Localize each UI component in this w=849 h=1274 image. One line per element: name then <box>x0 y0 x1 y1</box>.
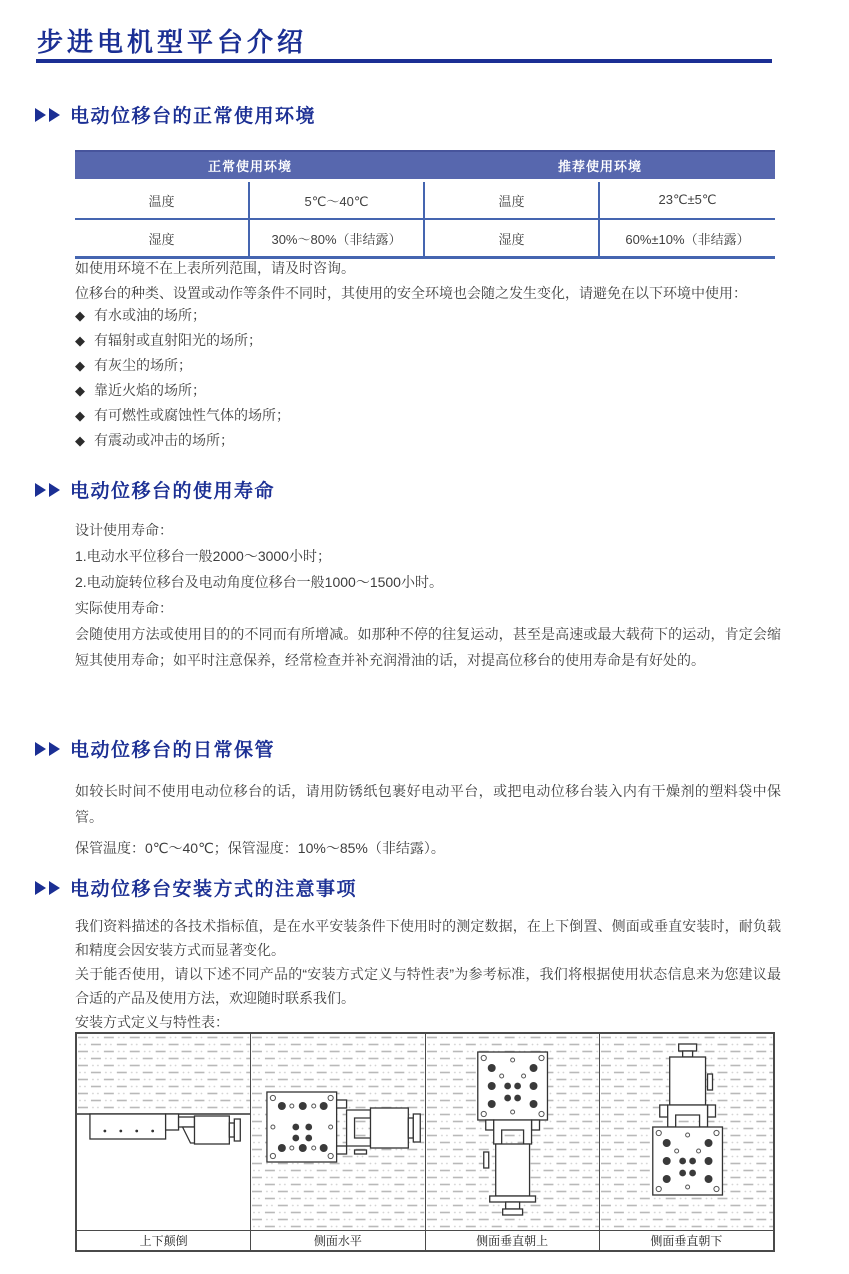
mounting-table: 上下颠倒 侧面水平 侧面垂直朝上 侧面垂直朝下 <box>75 1032 775 1252</box>
arrow-right-icon <box>35 881 46 895</box>
mount-label-upside-down: 上下颠倒 <box>77 1231 251 1250</box>
mount-diagram-upside-down <box>77 1034 251 1230</box>
avoid-environment-list: ◆ 有水或油的场所； ◆ 有辐射或直射阳光的场所； ◆ 有灰尘的场所； ◆ 靠近… <box>75 303 781 453</box>
diamond-bullet-icon: ◆ <box>75 428 85 453</box>
mount-label-side-horizontal: 侧面水平 <box>251 1231 425 1250</box>
diamond-bullet-icon: ◆ <box>75 353 85 378</box>
mount-diagram-vertical-up <box>426 1034 600 1230</box>
text-line: 设计使用寿命： <box>75 517 781 543</box>
list-item-text: 靠近火焰的场所； <box>94 378 206 403</box>
cell-temp-label: 温度 <box>425 182 600 220</box>
mount-diagram-side-horizontal <box>251 1034 425 1230</box>
cell-humidity-label: 湿度 <box>425 220 600 259</box>
cell-temp-recommended: 23℃±5℃ <box>600 182 775 220</box>
arrow-right-icon <box>35 742 46 756</box>
note-line: 如使用环境不在上表所列范围，请及时咨询。 <box>75 256 781 281</box>
arrow-right-icon <box>49 483 60 497</box>
list-item: ◆ 有可燃性或腐蚀性气体的场所； <box>75 403 781 428</box>
environment-table: 正常使用环境 推荐使用环境 温度 5℃～40℃ 温度 23℃±5℃ 湿度 30%… <box>75 150 775 259</box>
upside-down-stage-drawing <box>77 1034 250 1230</box>
diamond-bullet-icon: ◆ <box>75 378 85 403</box>
lifespan-text: 设计使用寿命： 1.电动水平位移台一般2000～3000小时； 2.电动旋转位移… <box>75 517 781 673</box>
arrow-right-icon <box>49 881 60 895</box>
arrow-right-icon <box>49 742 60 756</box>
section-heading-mounting: 电动位移台安装方式的注意事项 <box>35 874 357 901</box>
list-item-text: 有辐射或直射阳光的场所； <box>94 328 262 353</box>
list-item: ◆ 靠近火焰的场所； <box>75 378 781 403</box>
text-line: 2.电动旋转位移台及电动角度位移台一般1000～1500小时。 <box>75 569 781 595</box>
cell-humidity-label: 湿度 <box>75 220 250 259</box>
text-paragraph: 会随使用方法或使用目的的不同而有所增减。如那种不停的往复运动，甚至是高速或最大载… <box>75 621 781 673</box>
list-item: ◆ 有震动或冲击的场所； <box>75 428 781 453</box>
list-item-text: 有可燃性或腐蚀性气体的场所； <box>94 403 290 428</box>
cell-humidity-recommended: 60%±10%（非结露） <box>600 220 775 259</box>
list-item-text: 有灰尘的场所； <box>94 353 192 378</box>
arrow-right-icon <box>35 108 46 122</box>
header-normal-env: 正常使用环境 <box>75 150 425 182</box>
mount-label-vertical-up: 侧面垂直朝上 <box>426 1231 600 1250</box>
side-vertical-down-stage-drawing <box>600 1034 773 1230</box>
side-horizontal-stage-drawing <box>251 1034 424 1230</box>
mount-diagram-vertical-down <box>600 1034 773 1230</box>
storage-text: 如较长时间不使用电动位移台的话，请用防锈纸包裹好电动平台，或把电动位移台装入内有… <box>75 778 781 861</box>
mounting-text: 我们资料描述的各技术指标值，是在水平安装条件下使用时的测定数据，在上下倒置、侧面… <box>75 914 781 1034</box>
text-paragraph: 关于能否使用，请以下述不同产品的“安装方式定义与特性表”为参考标准，我们将根据使… <box>75 962 781 1010</box>
mount-table-caption: 安装方式定义与特性表： <box>75 1010 781 1034</box>
text-line: 实际使用寿命： <box>75 595 781 621</box>
arrow-right-icon <box>49 108 60 122</box>
list-item: ◆ 有灰尘的场所； <box>75 353 781 378</box>
section-title: 电动位移台的使用寿命 <box>70 476 275 503</box>
cell-temp-label: 温度 <box>75 182 250 220</box>
list-item: ◆ 有水或油的场所； <box>75 303 781 328</box>
section-title: 电动位移台安装方式的注意事项 <box>70 874 357 901</box>
section-heading-storage: 电动位移台的日常保管 <box>35 735 275 762</box>
text-paragraph: 我们资料描述的各技术指标值，是在水平安装条件下使用时的测定数据，在上下倒置、侧面… <box>75 914 781 962</box>
table-row: 温度 5℃～40℃ 温度 23℃±5℃ <box>75 182 775 220</box>
diamond-bullet-icon: ◆ <box>75 403 85 428</box>
environment-notes: 如使用环境不在上表所列范围，请及时咨询。 位移台的种类、设置或动作等条件不同时，… <box>75 256 781 306</box>
side-vertical-up-stage-drawing <box>426 1034 599 1230</box>
section-title: 电动位移台的日常保管 <box>70 735 275 762</box>
section-title: 电动位移台的正常使用环境 <box>70 101 316 128</box>
mounting-labels-row: 上下颠倒 侧面水平 侧面垂直朝上 侧面垂直朝下 <box>77 1230 773 1250</box>
section-heading-environment: 电动位移台的正常使用环境 <box>35 101 316 128</box>
table-row: 湿度 30%～80%（非结露） 湿度 60%±10%（非结露） <box>75 220 775 259</box>
cell-temp-normal: 5℃～40℃ <box>250 182 425 220</box>
page-title: 步进电机型平台介绍 <box>37 22 307 59</box>
title-rule <box>36 59 772 63</box>
mount-label-vertical-down: 侧面垂直朝下 <box>600 1231 773 1250</box>
arrow-right-icon <box>35 483 46 497</box>
document-page: 步进电机型平台介绍 电动位移台的正常使用环境 正常使用环境 推荐使用环境 温度 … <box>0 0 849 1274</box>
text-line: 1.电动水平位移台一般2000～3000小时； <box>75 543 781 569</box>
cell-humidity-normal: 30%～80%（非结露） <box>250 220 425 259</box>
header-recommended-env: 推荐使用环境 <box>425 150 775 182</box>
list-item-text: 有震动或冲击的场所； <box>94 428 234 453</box>
diamond-bullet-icon: ◆ <box>75 303 85 328</box>
table-header-row: 正常使用环境 推荐使用环境 <box>75 150 775 182</box>
list-item: ◆ 有辐射或直射阳光的场所； <box>75 328 781 353</box>
text-paragraph: 如较长时间不使用电动位移台的话，请用防锈纸包裹好电动平台，或把电动位移台装入内有… <box>75 778 781 830</box>
list-item-text: 有水或油的场所； <box>94 303 206 328</box>
mounting-diagrams-row <box>77 1034 773 1230</box>
diamond-bullet-icon: ◆ <box>75 328 85 353</box>
section-heading-lifespan: 电动位移台的使用寿命 <box>35 476 275 503</box>
storage-conditions: 保管温度：0℃～40℃；保管湿度：10%～85%（非结露）。 <box>75 835 781 861</box>
